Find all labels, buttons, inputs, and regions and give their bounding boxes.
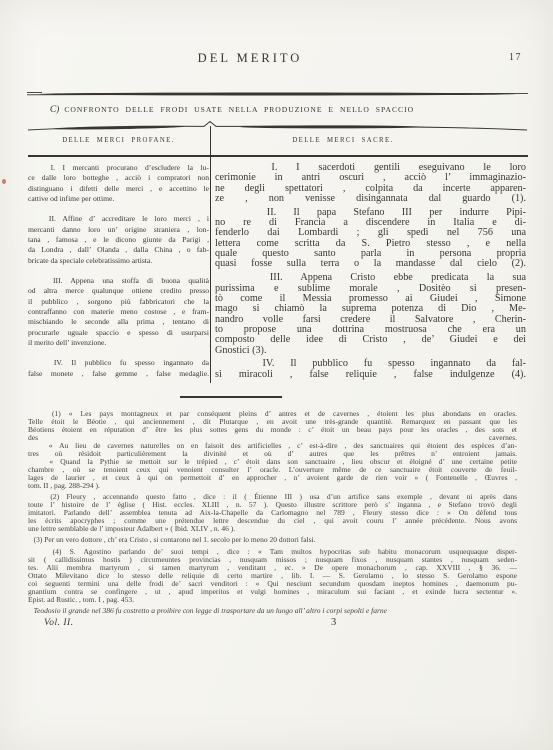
book-page-scan: DEL MERITO 17 C)CONFRONTO DELLE FRODI US…	[0, 0, 553, 750]
section-title-row: C)CONFRONTO DELLE FRODI USATE NELLA PROD…	[28, 99, 528, 117]
footnote-4: (4) S. Agostino parlando de’ suoi tempi …	[28, 548, 517, 604]
footnotes: (1) « Les pays montagneux et par conséqu…	[28, 410, 517, 615]
footnote-1: (1) « Les pays montagneux et par conséqu…	[28, 410, 517, 490]
header-rule	[28, 155, 528, 157]
paragraph-sacre-4: IV. Il pubblico fu spesso ingannato da f…	[215, 359, 526, 380]
paragraph-sacre-3: III. Appena Cristo ebbe predicata la sua…	[215, 273, 526, 356]
column-merci-profane: I. I mercanti procurano d’escludere la l…	[28, 163, 209, 379]
column-divider-rule	[210, 126, 211, 383]
column-header-profane: DELLE MERCI PROFANE.	[28, 137, 209, 144]
paragraph-profane-3: III. Appena una stoffa di buona qualitào…	[28, 276, 209, 348]
footnote-separator-rule	[180, 396, 282, 398]
volume-label: Vol. II.	[44, 618, 74, 628]
column-header-sacre: DELLE MERCI SACRE.	[187, 137, 499, 144]
running-head: DEL MERITO	[28, 49, 528, 67]
paragraph-profane-2: II. Affine d’ accreditare le loro merci …	[28, 214, 209, 265]
brace-rule	[27, 119, 528, 137]
paragraph-sacre-2: II. Il papa Stefano III per indurre Pipi…	[215, 208, 526, 270]
footnote-2: (2) Fleury , accennando questo fatto , d…	[28, 493, 517, 533]
paragraph-profane-1: I. I mercanti procurano d’escludere la l…	[28, 163, 209, 204]
column-merci-sacre: I. I sacerdoti gentili eseguivano le lor…	[215, 163, 526, 380]
section-letter: C)	[50, 105, 60, 115]
footnote-closing-line: Teodosio il grande nel 386 fu costretto …	[28, 607, 517, 615]
page-number: 17	[509, 52, 522, 63]
signature-number: 3	[331, 617, 336, 628]
footnote-3: (3) Per un vero dottore , ch’ era Cristo…	[28, 536, 517, 544]
running-title: DEL MERITO	[198, 51, 303, 66]
paragraph-profane-4: IV. Il pubblico fu spesso ingannato dafa…	[28, 358, 209, 379]
scan-speck	[2, 179, 6, 184]
paragraph-sacre-1: I. I sacerdoti gentili eseguivano le lor…	[215, 163, 526, 204]
section-title: CONFRONTO DELLE FRODI USATE NELLA PRODUZ…	[64, 105, 414, 114]
